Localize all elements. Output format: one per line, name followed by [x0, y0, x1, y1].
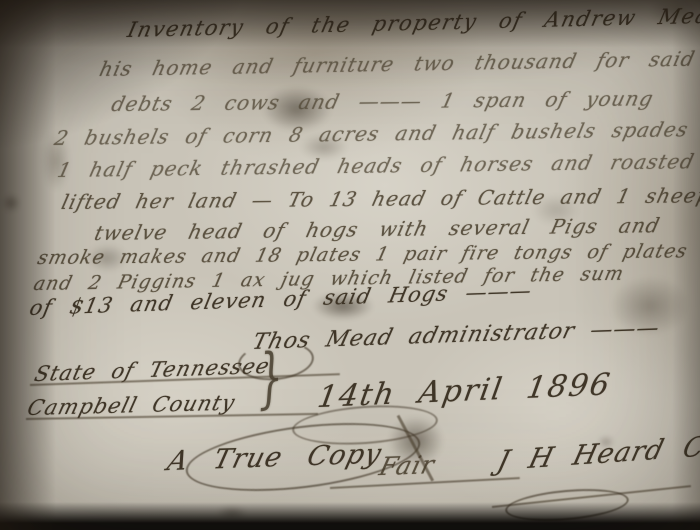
ink-stain — [216, 506, 248, 520]
handwritten-line: lifted her land — To 13 head of Cattle a… — [59, 183, 700, 214]
signature-loop — [504, 485, 630, 526]
handwritten-line: twelve head of hogs with several Pigs an… — [92, 213, 663, 245]
ink-stain — [2, 194, 20, 212]
handwritten-line: debts 2 cows and ——— 1 span of young — [109, 86, 656, 116]
document-photo: Inventory of the property of Andrew Mead… — [0, 0, 700, 530]
handwritten-line: 1 half peck thrashed heads of horses and… — [55, 149, 697, 182]
handwritten-line: 2 bushels of corn 8 acres and half bushe… — [52, 117, 691, 150]
administrator-line: Thos Mead administrator ——— — [250, 316, 663, 355]
clerk-signature: J H Heard Clk — [494, 429, 700, 477]
handwritten-line: his home and furniture two thousand for … — [97, 45, 700, 81]
handwritten-line: Inventory of the property of Andrew Mead… — [125, 2, 700, 42]
